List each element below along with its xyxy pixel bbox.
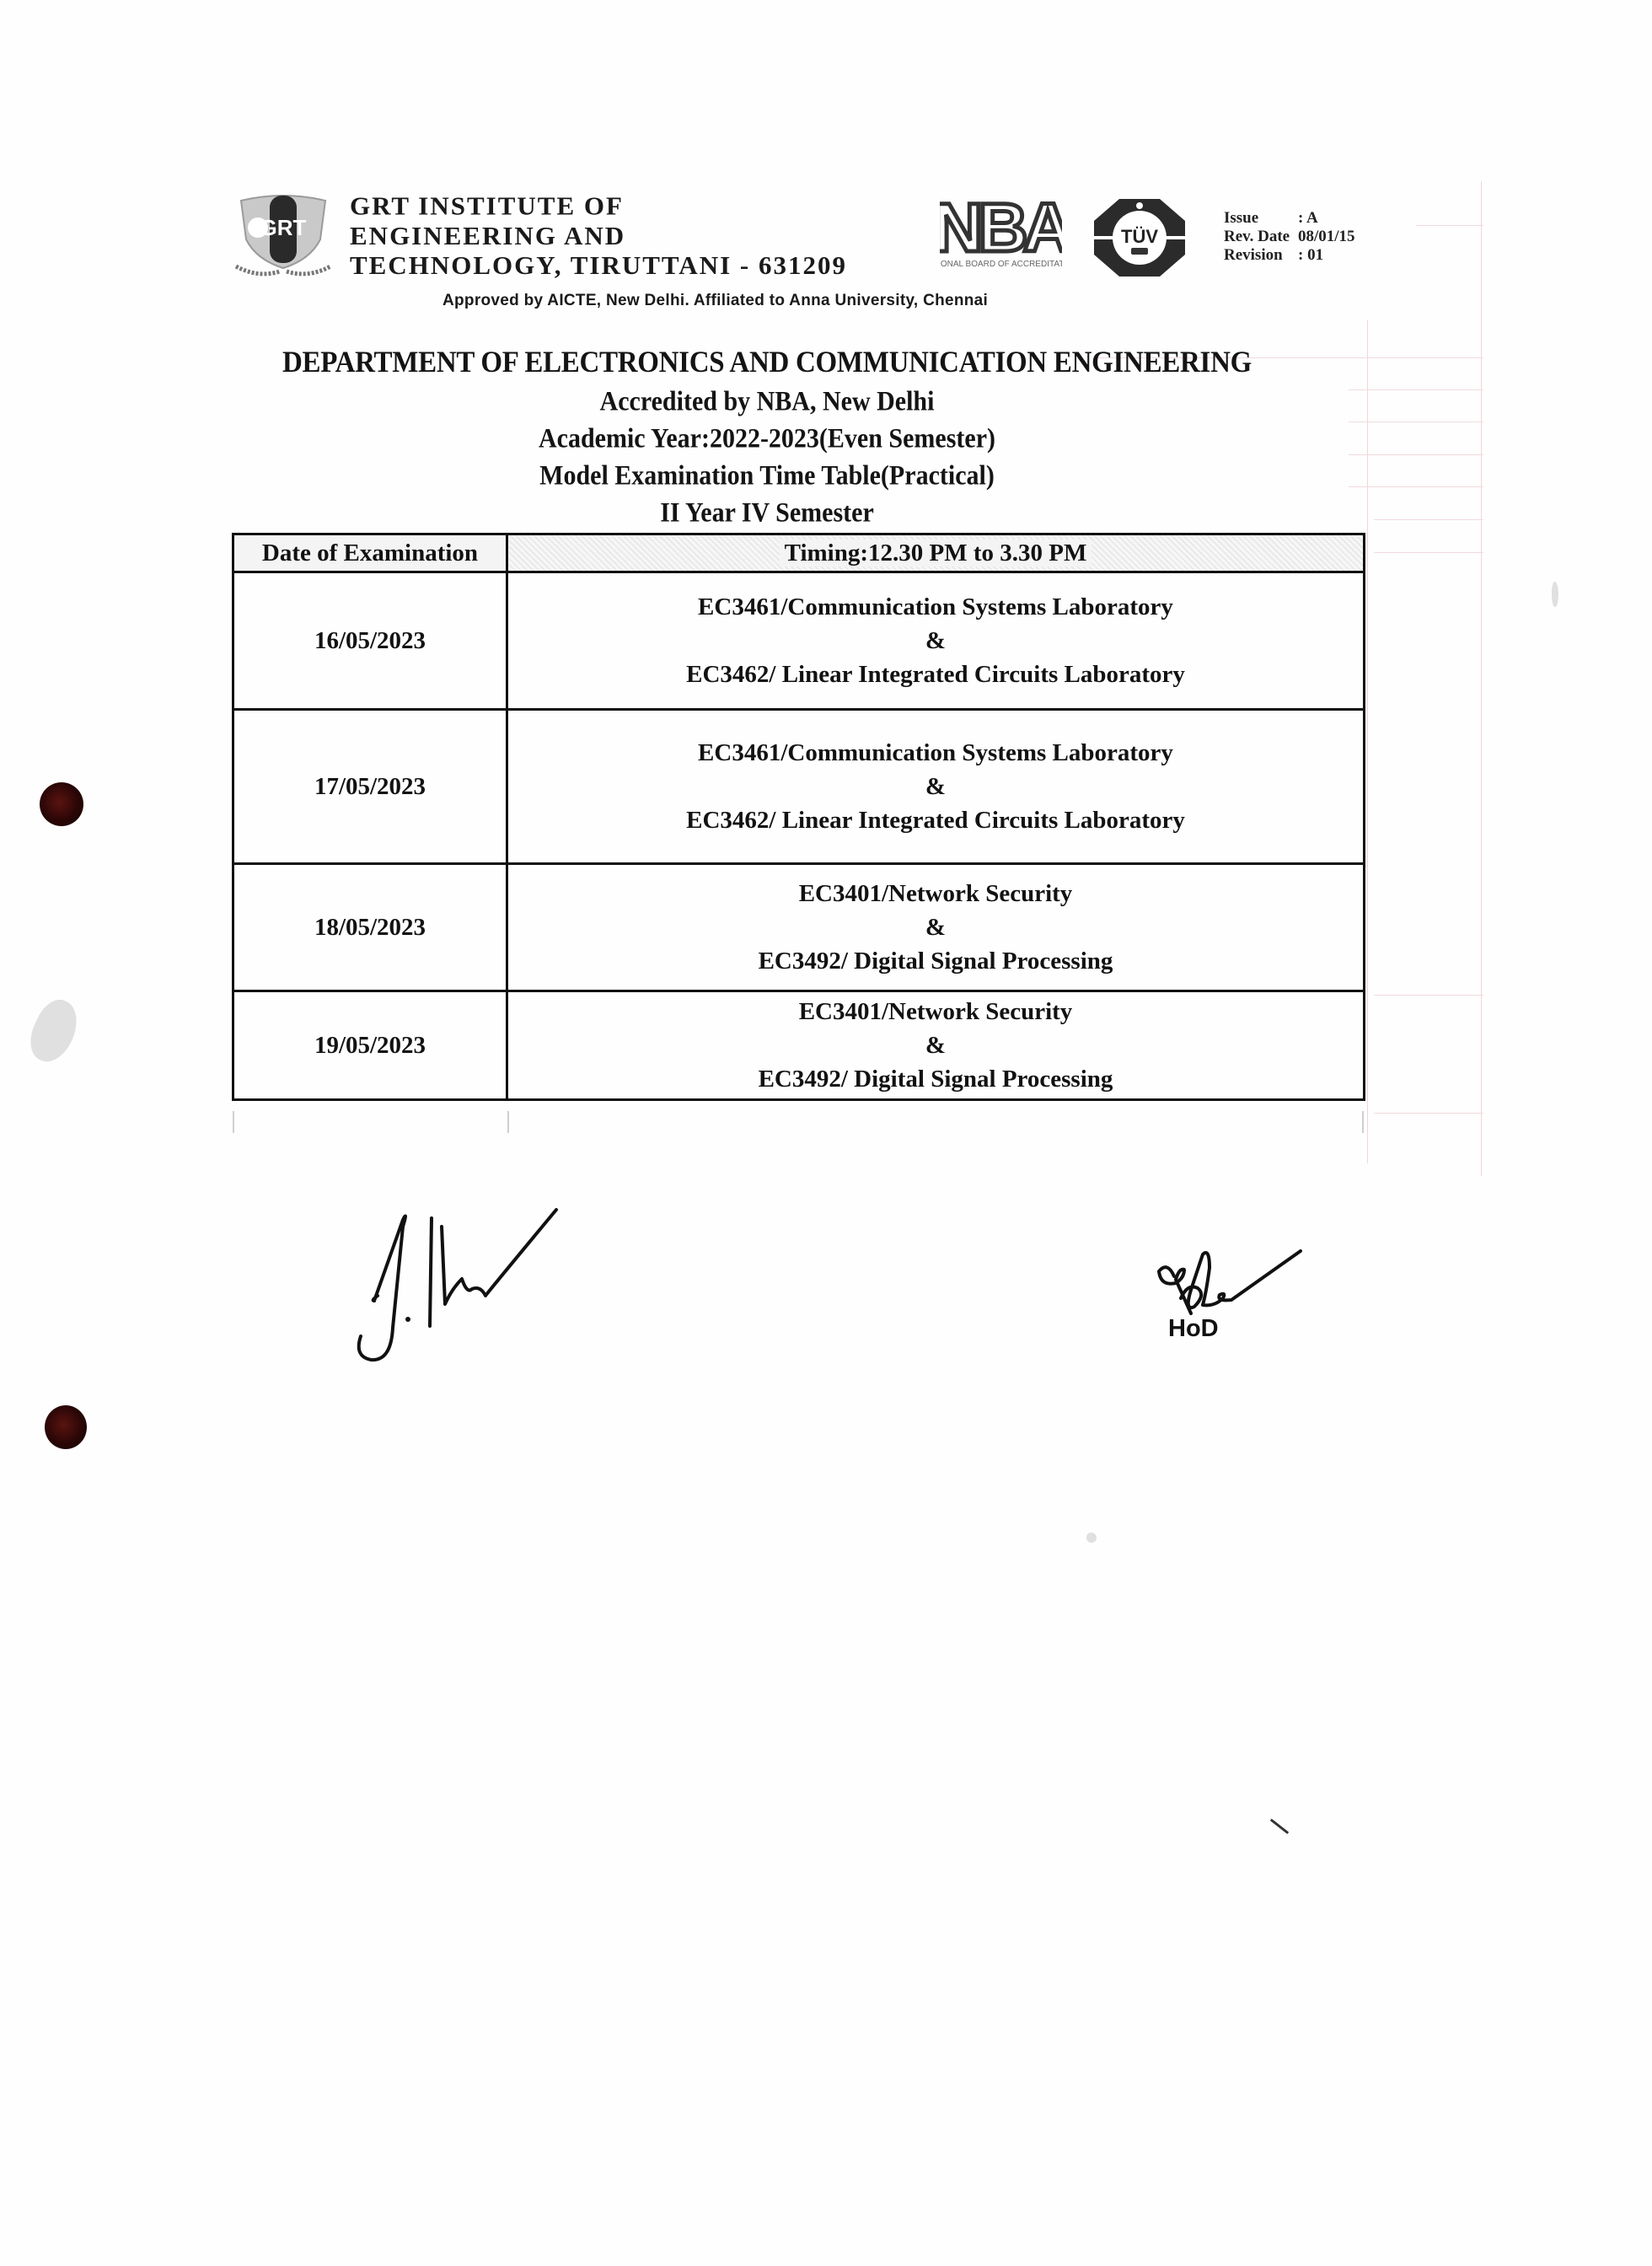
- course-1: EC3461/Communication Systems Laboratory: [508, 736, 1363, 770]
- column-header-date: Date of Examination: [233, 534, 507, 572]
- course-2: EC3492/ Digital Signal Processing: [508, 1062, 1363, 1096]
- signature-hod-icon: [1150, 1239, 1302, 1324]
- grt-shield-icon: GRT: [233, 191, 334, 280]
- course-1: EC3401/Network Security: [508, 995, 1363, 1028]
- table-row: 17/05/2023 EC3461/Communication Systems …: [233, 710, 1365, 864]
- grt-logo: GRT: [233, 191, 334, 280]
- document-titles: DEPARTMENT OF ELECTRONICS AND COMMUNICAT…: [244, 341, 1290, 532]
- svg-text:NBA: NBA: [940, 192, 1062, 266]
- table-row: 16/05/2023 EC3461/Communication Systems …: [233, 572, 1365, 710]
- column-header-timing: Timing:12.30 PM to 3.30 PM: [507, 534, 1365, 572]
- punch-hole-bottom: [45, 1405, 87, 1449]
- exam-subjects: EC3401/Network Security & EC3492/ Digita…: [507, 991, 1365, 1100]
- table-row: 19/05/2023 EC3401/Network Security & EC3…: [233, 991, 1365, 1100]
- doc-meta-issue: Issue : A: [1224, 209, 1355, 228]
- course-1: EC3401/Network Security: [508, 877, 1363, 910]
- signature-left: [354, 1201, 565, 1370]
- year-semester: II Year IV Semester: [244, 493, 1290, 534]
- approval-line: Approved by AICTE, New Delhi. Affiliated…: [442, 292, 988, 310]
- table-stub-line: [1362, 1111, 1364, 1133]
- exam-subjects: EC3461/Communication Systems Laboratory …: [507, 572, 1365, 710]
- signature-hod: [1150, 1239, 1302, 1324]
- paper-mark: [1552, 582, 1558, 607]
- signature-left-icon: [354, 1201, 565, 1370]
- exam-date: 16/05/2023: [233, 572, 507, 710]
- course-2: EC3492/ Digital Signal Processing: [508, 944, 1363, 978]
- academic-year: Academic Year:2022-2023(Even Semester): [244, 419, 1290, 459]
- doc-meta-rev-date: Rev. Date 08/01/15: [1224, 228, 1355, 246]
- institute-line-3: TECHNOLOGY, TIRUTTANI - 631209: [350, 251, 847, 281]
- accreditation-line: Accredited by NBA, New Delhi: [244, 382, 1290, 422]
- paper-scratch: [1270, 1818, 1289, 1834]
- table-stub-line: [233, 1111, 234, 1133]
- exam-date: 18/05/2023: [233, 864, 507, 991]
- joiner: &: [508, 624, 1363, 658]
- exam-subjects: EC3461/Communication Systems Laboratory …: [507, 710, 1365, 864]
- svg-text:NATIONAL BOARD OF ACCREDITATIO: NATIONAL BOARD OF ACCREDITATION: [940, 260, 1062, 269]
- course-2: EC3462/ Linear Integrated Circuits Labor…: [508, 658, 1363, 691]
- hod-label: HoD: [1168, 1315, 1219, 1343]
- tuv-octagon-icon: TÜV: [1089, 196, 1190, 280]
- paper-stain: [22, 993, 86, 1068]
- exam-date: 17/05/2023: [233, 710, 507, 864]
- tuv-logo: TÜV: [1089, 196, 1190, 280]
- course-2: EC3462/ Linear Integrated Circuits Labor…: [508, 803, 1363, 837]
- exam-title: Model Examination Time Table(Practical): [244, 456, 1290, 497]
- table-row: 18/05/2023 EC3401/Network Security & EC3…: [233, 864, 1365, 991]
- table-header-row: Date of Examination Timing:12.30 PM to 3…: [233, 534, 1365, 572]
- joiner: &: [508, 910, 1363, 944]
- paper-speck: [1086, 1533, 1097, 1543]
- nba-logo: NBA NATIONAL BOARD OF ACCREDITATION: [940, 192, 1062, 281]
- doc-meta-revision: Revision : 01: [1224, 246, 1355, 265]
- svg-text:GRT: GRT: [260, 215, 307, 240]
- punch-hole-top: [40, 782, 83, 826]
- joiner: &: [508, 770, 1363, 803]
- joiner: &: [508, 1028, 1363, 1062]
- institute-line-2: ENGINEERING AND: [350, 221, 847, 250]
- institute-line-1: GRT INSTITUTE OF: [350, 191, 847, 221]
- course-1: EC3461/Communication Systems Laboratory: [508, 590, 1363, 624]
- svg-text:TÜV: TÜV: [1121, 226, 1158, 247]
- document-control-info: Issue : A Rev. Date 08/01/15 Revision : …: [1224, 209, 1355, 265]
- table-stub-line: [507, 1111, 509, 1133]
- exam-subjects: EC3401/Network Security & EC3492/ Digita…: [507, 864, 1365, 991]
- exam-date: 19/05/2023: [233, 991, 507, 1100]
- institute-name: GRT INSTITUTE OF ENGINEERING AND TECHNOL…: [350, 191, 847, 281]
- exam-timetable: Date of Examination Timing:12.30 PM to 3…: [232, 533, 1365, 1101]
- nba-logo-icon: NBA NATIONAL BOARD OF ACCREDITATION: [940, 192, 1062, 281]
- department-title: DEPARTMENT OF ELECTRONICS AND COMMUNICAT…: [244, 340, 1290, 385]
